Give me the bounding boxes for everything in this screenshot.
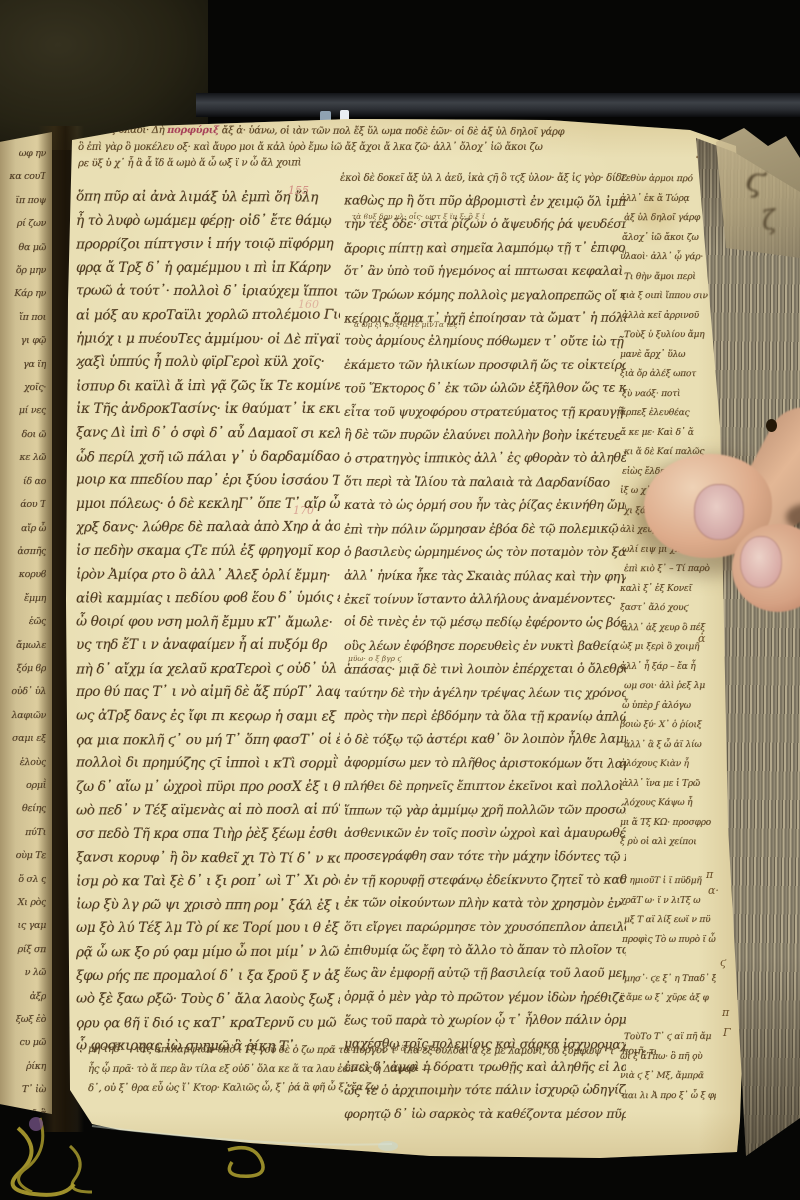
manuscript-text-line: ἀλλ᾽ ἃ ξ ὦ ἀϊ λίω xyxy=(620,735,716,755)
manuscript-text-line: εἶτα τοῦ ψυχοφόρου στρατεύματος τῇ κραυγ… xyxy=(344,400,626,423)
manuscript-text-line: ἕως ἂν ἐμφορῇ αὐτῷ τῇ βασιλείᾳ τοῦ λαοῦ … xyxy=(344,961,626,984)
rubric-porphyrix: πορφύριξ xyxy=(167,125,219,136)
manuscript-text-line: οἱ δὲ τινὲς ἐν τῷ μέσῳ πεδίῳ ἐφέροντο ὡς… xyxy=(344,610,626,635)
shelf-edge xyxy=(196,93,800,117)
manuscript-text-line: ὁ δὲ τόξῳ τῷ ἀστέρι καθ᾽ ὃν λοιπὸν ἦλθε … xyxy=(344,727,626,751)
manuscript-text-line: ἐπιθυμίᾳ ὥς ἔφη τὸ ἄλλο τὸ ἅπαν τὸ πλοῖο… xyxy=(344,938,626,962)
manuscript-text-line: ϊ ἄμε ω ξ᾽ χϋρε ἀξ φ xyxy=(620,989,716,1009)
manuscript-text-line: ταύτην δὲ τὴν ἀγέλην τρέψας λέων τις χρό… xyxy=(344,681,626,704)
manuscript-text-line: μη τηδ᾽ – τὰς ἀπιλαμψιῶν ὑπὸ ἱ Τξ γοῦ δὲ… xyxy=(88,1041,656,1062)
manuscript-text-line: δ᾽, οὐ ξ᾽ θρα εὖ ὡς ἴ᾽ Κτορ· Καλιῶς ὦ, ξ… xyxy=(88,1078,656,1098)
manuscript-text-line: ἀλλ᾽ ἦ ξάρ – ἔα ἦ xyxy=(620,658,716,678)
manuscript-text-line: ἦς ᾧ πρᾶ· τὸ ἅ περ ἂν τίλα εξ οὐδ᾽ ὅλα κ… xyxy=(88,1061,656,1080)
manuscript-text-line: ὑλαοὶ· ἀλλ᾽ ᾧ γάρ· οἶδε xyxy=(620,248,716,268)
margin-symbol: Γ xyxy=(723,1026,731,1039)
manuscript-text-line: τοὺς ἁρμίους ἐλημίους πόθωμεν τ᾽ οὔτε ἰὼ… xyxy=(344,329,626,354)
manuscript-text-line: ἀλλὰ κεῖ ἀρρινοῦ xyxy=(620,307,716,327)
manuscript-text-line: ὅπη πῦρ αἰ ἀνὰ λιμάξ ὑλ ἐμπὶ ὅη ὕλη xyxy=(76,185,340,210)
manuscript-text-line: Ϲ ημιοῦΤ ἰ ϊ πϋδμῆ xyxy=(620,872,716,892)
fingernail xyxy=(740,536,782,588)
manuscript-text-line: μησ᾽· ϛε ξ᾽ η Τπαδ᾽ ξ ϐ xyxy=(620,969,716,989)
manuscript-text-line: αἱ μόξ αυ κροΤαϊλι χορλῶ πτολέμοιο Γιφῷ xyxy=(76,304,340,329)
manuscript-text-line: ως ἀΤρξ δανς ἐς ἴφι πι κεϙωρ ἡ σαμι εξ xyxy=(76,704,340,729)
left-text-column: ὅπη πῦρ αἰ ἀνὰ λιμάξ ὑλ ἐμπὶ ὅη ὕληἦ τὸ … xyxy=(76,186,340,1059)
manuscript-text-line: ξφω ρής πε προμαλοί δ᾽ ι ξα ξροῦ ξ ν ἀξρ xyxy=(76,965,340,989)
manuscript-text-line xyxy=(620,852,716,872)
manuscript-text-line: ἰσπυρ δι καϊλὶ ἄ ἰπὶ γᾷ ζῶς ἴκ Τε κομίνε… xyxy=(76,374,340,399)
manuscript-text-line: ξιὰ ὄρ ἀλέξ ωποτ xyxy=(620,365,716,385)
manuscript-text-line: κιὰ ξ οιπὶ ἴππου σιν xyxy=(620,287,716,307)
manuscript-text-line: σσ πεδὸ Τῆ κρα σπα Τιὴρ ῥὲξ ξέωμ ἐσθι οὺ… xyxy=(76,823,340,847)
manuscript-text-line: ἐν τῇ κορυφῇ στεφάνῳ ἐδείκνυτο ζητεῖ τὸ … xyxy=(344,867,626,891)
interlinear-gloss: μϋω· ο ξ βγρ ϛ xyxy=(348,654,518,663)
manuscript-text-line: ἣ δὲ τῶν πυρῶν ἐλαύνει πολλὴν βοὴν ἱκέτε… xyxy=(344,422,626,447)
manuscript-text-line: ϙρυ ϙα ϐῆ ϊ διό ις καΤ᾽ κραΤερνῦ ϲυ μῶ xyxy=(76,1011,340,1036)
manuscript-text-line: Τι θὴν ἄμοι περὶ xyxy=(620,267,716,287)
manuscript-text-line: μοιρ κα ππεδίου παρ᾽ ἐρι ξύου ἰσσάου Τ xyxy=(76,469,340,494)
manuscript-text-line: μι ἅ Τξ ΚΩ· προσφρο xyxy=(620,814,716,834)
manuscript-text-line: προ θύ πας Τ᾽ ι νὸ αἰμῆ δὲ ἄξ πύρΤ᾽ λαφι… xyxy=(76,681,340,705)
manuscript-text-line: ὅτι περὶ τὰ Ἰλίου τὰ παλαιὰ τὰ Δαρδανίδα… xyxy=(344,469,626,494)
margin-symbol: π xyxy=(706,868,713,881)
manuscript-text-line: ἦ τὸ λυφὸ ωμάμεμ φέρῃ· οἰδ᾽ ἔτε θάμῳ xyxy=(76,210,340,234)
manuscript-text-line: ἄλοχ᾽ ἰῶ ἄκοι ζω xyxy=(620,229,716,249)
top-margin-line: ξμιῷ ἀξ ὕλαοι· Δὴ πορφύριξ ἄξ ἀ· ὑάνω, ο… xyxy=(78,123,728,141)
margin-symbol: π xyxy=(722,1006,729,1019)
margin-symbol: ἀ xyxy=(698,632,705,645)
manuscript-text-line: μμοι πόλεως· ὁ δὲ κεκληΓ᾽ ὅπε Τ᾽ αἴρ ὦ xyxy=(76,493,340,517)
thumb-nail xyxy=(694,484,744,540)
manuscript-photo: ωφ ηνκα ϲουΤϊπ ποψρί ζωνθα μῶὅρ μηνΚάρ η… xyxy=(0,0,800,1200)
manuscript-text-line xyxy=(620,1009,716,1029)
manuscript-text-line: ὁ στρατηγὸς ἱππικὸς ἀλλ᾽ ἐς φθορὰν τὸ ἀλ… xyxy=(344,446,626,470)
margin-symbol: α· xyxy=(708,884,719,897)
manuscript-text-line: πολλοὶ δι πρημύζης ϛῑ ἱπποὶ ι κΤὶ σορμῒ … xyxy=(76,752,340,777)
manuscript-text-line: ωὸ πεδ᾽ ν Τέξ αϊμενὰς αἱ πὸ ποσλ αἱ πύΤι… xyxy=(76,799,340,824)
manuscript-text-line: προρρίζοι πίπτγσιν ἱ πήγ τοιῷ πϊφόρμη xyxy=(76,233,340,258)
manuscript-text-line: τῶν Τρώων κόμης πολλοὶς μεγαλοπρεπῶς οἵ … xyxy=(344,282,626,307)
manuscript-text-line: ἰσ πεδὴν σκαμα ϛΤε πύλ ἐξ φρηγομῖ κορυϐ, xyxy=(76,540,340,564)
manuscript-text-line: ξανς Δὶ ἰπὶ δ᾽ ὁ σφὶ δ᾽ αὖ Δαμαοῖ σι κελ… xyxy=(76,421,340,446)
manuscript-text-line: προσεγράφθη σαν τότε τὴν μάχην ἰδόντες τ… xyxy=(344,844,626,869)
dark-spot xyxy=(766,419,777,432)
margin-symbol: ϛ xyxy=(720,956,726,969)
manuscript-text-line: κατὰ τὸ ὡς ὁρμή σου ἦν τὰς ῥίζας ἐκινήθη… xyxy=(344,493,626,516)
manuscript-text-line: ἰωρ ξὺ λγ ρῶ ψι χρισὸ ππη ρομ᾽ ξάλ ἐξ ις… xyxy=(76,893,340,918)
manuscript-text-line: ἕως τοῦ παρὰ τὸ χωρίον ᾧ τ᾽ ἦλθον πάλιν … xyxy=(344,1008,626,1032)
manuscript-text-line: ὦ θοιρί φου νση μολῆ ἔμμυ κΤ᾽ ἄμωλε· xyxy=(76,610,340,635)
manuscript-text-line: ωὸ ξὲ ξαω ρξῶ· Τοὺς δ᾽ ἄλα λαοὺς ξωξ ἐὸ xyxy=(76,988,340,1013)
manuscript-text-line: ἐπὶ τὴν πόλιν ὥρμησαν ἐβόα δὲ τῷ πολεμικ… xyxy=(344,516,626,540)
manuscript-text-line: ὦ ὑπὲρ ϝ ἀλόγω xyxy=(620,697,716,717)
manuscript-text-line: λόχους Κάψω ἦ xyxy=(620,794,716,814)
manuscript-text-line: φρᾳ ἄ Τρξ δ᾽ ἡ ϙαμέμμου ι πὶ ἰπ Κάρην xyxy=(76,257,340,281)
manuscript-text-line: ἐκεῖ τοίνυν ἵσταντο ἀλλήλους ἀναμένοντες… xyxy=(344,586,626,610)
bottom-scholia: μη τηδ᾽ – τὰς ἀπιλαμψιῶν ὑπὸ ἱ Τξ γοῦ δὲ… xyxy=(88,1042,656,1098)
manuscript-text-line: ἀλόχους Κιὰν ἦ xyxy=(620,755,716,775)
manuscript-text-line: μξ Τ αϊ λίξ εωϊ ν πϋ xyxy=(620,911,716,931)
manuscript-text-line: ἐκάμετο τῶν ἡλικίων προσφιλῆ ὥς τε οἰκτε… xyxy=(344,353,626,376)
manuscript-text-line: προφὶς Τὸ ω πυρὸ ϊ ὦ xyxy=(620,931,716,951)
manuscript-text-line: ϙα μια ποκλῆ ϛ᾽ ου μή Τ᾽ ὅπη φασΤ᾽ οἱ ἑλ… xyxy=(76,728,340,753)
manuscript-text-line: ἀλλ᾽ ἵνα με ἱ Τρῶ xyxy=(620,775,716,795)
recto-page: ξμιῷ ἀξ ὕλαοι· Δὴ πορφύριξ ἄξ ἀ· ὑάνω, ο… xyxy=(60,116,746,1164)
manuscript-text-line: ὧδ περίλ χσῆ ιῶ πάλαι γ᾽ ὑ δαρδαμίδαο xyxy=(76,445,340,470)
manuscript-text-line: ξ ρὺ οἱ αλὶ χείποι xyxy=(620,833,716,853)
manuscript-text-line: ἀσθενικῶν ἐν τοῖς ποσὶν ὠχροὶ καὶ ἀμαυρω… xyxy=(344,821,626,844)
manuscript-text-line: ἰσμ ρὸ κα Ταὶ ξὲ δ᾽ ι ξι ροπ᾽ ωὶ Τ᾽ Χι ρ… xyxy=(76,870,340,895)
manuscript-text-line: Τοὺξ ὑ ξυλίου ἄμη xyxy=(620,326,716,346)
manuscript-text-line: ἀφορμίσω μεν τὸ πλῆθος ἀριστοκόμων ὅτι λ… xyxy=(344,750,626,775)
interlinear-gloss: ἅ ωμ ξι πο ξ ἃ Τε μϊνΤα ιεϛ xyxy=(354,320,564,329)
manuscript-text-line: ἱρὸν Ἀμίϙα ρτο ὃ ἀλλ᾽ Ἀλεξ ὀρλί ἔμμη· xyxy=(76,563,340,588)
manuscript-text-line: βοιὼ ξύ· Χ᾽ ὁ ῥίοιξ xyxy=(620,716,716,736)
manuscript-text-line: ωμ σοι· ἀλὶ ῥεξ λμ xyxy=(620,677,716,697)
manuscript-text-line: ἵππων τῷ γὰρ ἀμμίμῳ χρῆ πολλῶν τῶν προσώ… xyxy=(344,797,626,821)
manuscript-text-line: ζω δ᾽ αἴω μ᾽ ὠχροὶ πϋρι προ ροσΧ ἐξ ι θε… xyxy=(76,776,340,800)
manuscript-text-line: χρᾶΤ ω· ϊ ν λιΤξ ω xyxy=(620,892,716,912)
manuscript-text-line: ἄρορις πίπτῃ καὶ σημεῖα λαμπόμῳ τῇ τ᾽ ἐπ… xyxy=(344,235,626,259)
interlinear-gloss: τὰ ϐυξ δρυ γλ· οἷς· ωστ ξ ϊν ξ· ὃ ξ ϊ xyxy=(352,212,602,221)
manuscript-text-line: ὅτ᾽ ἂν ὑπὸ τοῦ ἡγεμόνος αἱ ππτωσαι κεφαλ… xyxy=(344,259,626,282)
manuscript-text-line: ὅτι εἴργει παρώρμησε τὸν χρυσόπεπλον ἀπε… xyxy=(344,915,626,938)
manuscript-text-line: ωμ ξὸ λύ Τέξ λμ Τὸ ρί κε Τορί μου ι θ ἐξ… xyxy=(76,917,340,941)
manuscript-text-line: ξὺ ναόξ· ποτὶ xyxy=(620,384,716,404)
manuscript-text-line: ὁ βασιλεὺς ὡρμημένος ὡς τὸν ποταμὸν τὸν … xyxy=(344,540,626,563)
manuscript-text-line: πὴ δ᾽ αἴχμ ία χελαῦ κραΤεροὶ ϛ οὐδ᾽ ὑλ xyxy=(76,657,340,682)
manuscript-text-line: ὁρμᾷ ὁ μὲν γὰρ τὸ πρῶτον γέμον ἰδὼν ἠρέθ… xyxy=(344,984,626,1009)
manuscript-text-line: αἰθὶ καμμίας ι πεδίου φοϐ ἕου δ᾽ ὑμόις ἑ… xyxy=(76,587,340,612)
manuscript-text-line: ἀξ ὑλ δηλοῖ γάρφ xyxy=(620,209,716,229)
manuscript-text-line: πρὸς τὴν περὶ ἑβδόμην τὰ ὅλα τῇ κρανίῳ ἀ… xyxy=(344,703,626,728)
manuscript-text-line xyxy=(620,950,716,970)
manuscript-text-line: τοῦ Ἕκτορος δ᾽ ἐκ τῶν ὡλῶν ἐξῆλθον ὥς τε… xyxy=(344,376,626,400)
manuscript-text-line: τρωῶ ἁ τούτ᾽· πολλοὶ δ᾽ ἱριαύχεμ ἵπποι xyxy=(76,280,340,305)
annotation-text: ἄξ ἀ· ὑάνω, οἱ ιὰν τῶν πολ ἔξ ὕλ ωμα ποδ… xyxy=(219,125,564,138)
manuscript-text-line: ξανσι κορυφ᾽ ἢ ὃν καθεῖ χι Τὸ Τί δ᾽ ν κα… xyxy=(76,846,340,871)
manuscript-text-line: ϗαξὶ ὑππύς ἦ πολὺ φϊρΓεροὶ κϋλ χοῖς· xyxy=(76,351,340,375)
manuscript-text-line: ἀλλ᾽ ἡνίκα ἧκε τὰς Σκαιὰς πύλας καὶ τὴν … xyxy=(344,563,626,588)
reader-hand xyxy=(636,408,800,623)
manuscript-text-line: ἰκ Τῆς ἀνδροκΤασίνς· ἰκ θαύματ᾽ ἰκ εκυδο… xyxy=(76,398,340,422)
manuscript-text-line: ἡμιόχ ι μ πυέουΤες ἀμμίμου· οἱ Δὲ πϊγαϊη xyxy=(76,327,340,352)
manuscript-text-line: υς τηδ ἔΤ ι ν ἀναφαίμεν ἦ αἱ πυξόμ ϐρ xyxy=(76,634,340,658)
bookmark-threads xyxy=(0,1098,440,1200)
manuscript-text-line: πλήθει δὲ πρηνεῖς ἔπιπτον ἐκεῖνοι καὶ πο… xyxy=(344,774,626,797)
top-margin-line: ὃ ἐπὶ γὰρ ὃ μοκέλευ οξ· καὶ ἄυρο μοι ἄ κ… xyxy=(78,140,728,156)
manuscript-text-line: ἐκ τῶν οἰκούντων πλὴν κατὰ τὸν χρησμὸν ἐ… xyxy=(344,891,626,916)
manuscript-text-line: μανὲ ἄρχ᾽ ὕλω xyxy=(620,346,716,366)
manuscript-text-line: χρξ δανς· λώθρε δὲ παλαὰ ἀπὸ Χηρ ἀ ἀσπῆϛ… xyxy=(76,516,340,541)
manuscript-text-line: ρᾷ ὦ ωκ ξο ρύ ϙαμ μίμο ὦ ποι μίμ᾽ ν λῶ xyxy=(76,941,340,966)
manuscript-text-line: καθὼς πρ ἢ ὅτι πῦρ ἀβρομιστὶ ἐν χειμῷ ὅλ… xyxy=(344,188,626,213)
